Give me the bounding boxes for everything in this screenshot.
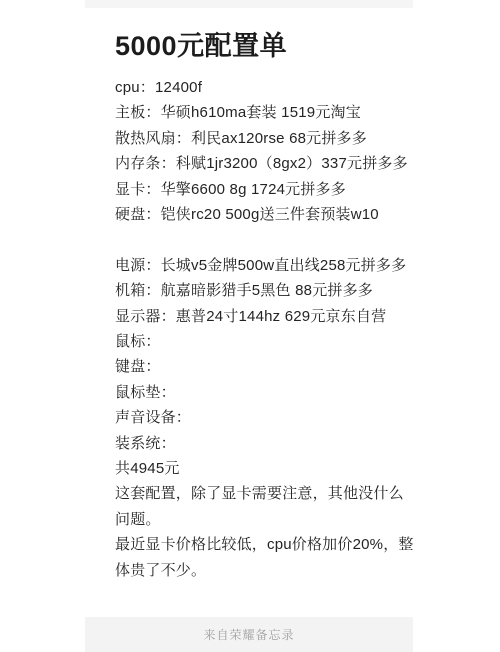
note-line: 这套配置，除了显卡需要注意，其他没什么 <box>115 481 407 506</box>
note-line: 最近显卡价格比较低，cpu价格加价20%，整 <box>115 532 407 557</box>
note-screenshot: 5000元配置单 cpu：12400f主板：华硕h610ma套装 1519元淘宝… <box>0 0 500 652</box>
note-line: 显卡：华擎6600 8g 1724元拼多多 <box>115 177 407 202</box>
note-footer: 来自荣耀备忘录 <box>85 617 413 652</box>
note-line: 问题。 <box>115 507 407 532</box>
note-card: 5000元配置单 cpu：12400f主板：华硕h610ma套装 1519元淘宝… <box>85 8 413 617</box>
note-body: cpu：12400f主板：华硕h610ma套装 1519元淘宝散热风扇：利民ax… <box>115 75 407 583</box>
blank-line <box>115 227 407 252</box>
note-line: 鼠标垫： <box>115 380 407 405</box>
note-line: 主板：华硕h610ma套装 1519元淘宝 <box>115 100 407 125</box>
note-line: 鼠标： <box>115 329 407 354</box>
note-line: 体贵了不少。 <box>115 558 407 583</box>
note-line: 共4945元 <box>115 456 407 481</box>
note-line: cpu：12400f <box>115 75 407 100</box>
note-title: 5000元配置单 <box>115 30 407 62</box>
note-column: 5000元配置单 cpu：12400f主板：华硕h610ma套装 1519元淘宝… <box>85 0 413 652</box>
source-watermark: 来自荣耀备忘录 <box>203 626 294 643</box>
note-line: 键盘： <box>115 354 407 379</box>
note-line: 显示器：惠普24寸144hz 629元京东自营 <box>115 304 407 329</box>
note-line: 内存条：科赋1jr3200（8gx2）337元拼多多 <box>115 151 407 176</box>
top-background-strip <box>85 0 413 8</box>
note-line: 声音设备： <box>115 405 407 430</box>
note-line: 散热风扇：利民ax120rse 68元拼多多 <box>115 126 407 151</box>
note-line: 电源：长城v5金牌500w直出线258元拼多多 <box>115 253 407 278</box>
note-line: 装系统： <box>115 431 407 456</box>
note-line: 硬盘：铠侠rc20 500g送三件套预装w10 <box>115 202 407 227</box>
note-line: 机箱：航嘉暗影猎手5黑色 88元拼多多 <box>115 278 407 303</box>
